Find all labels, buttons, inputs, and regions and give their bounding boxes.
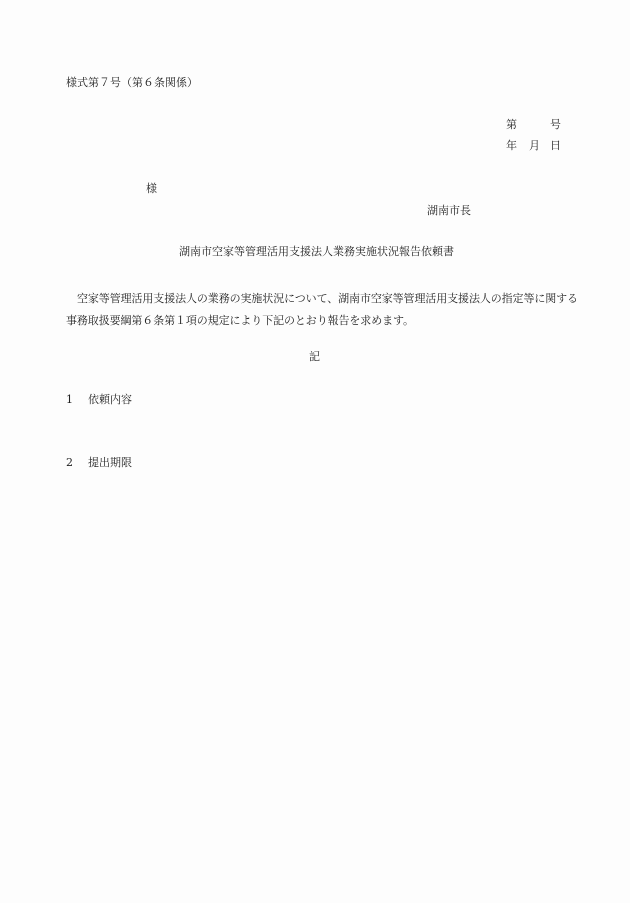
item-number: 1 [66,394,88,405]
item-number: 2 [66,457,88,468]
date-day: 日 [550,140,561,151]
list-item: 1依頼内容 [66,394,132,405]
ki-label: 記 [309,351,320,362]
addressee: 様 [146,183,157,194]
document-title: 湖南市空家等管理活用支援法人業務実施状況報告依頼書 [179,246,454,257]
list-item: 2提出期限 [66,457,132,468]
body-paragraph: 空家等管理活用支援法人の業務の実施状況について、湖南市空家等管理活用支援法人の指… [66,288,578,332]
form-number: 様式第７号（第６条関係） [66,77,198,88]
date-month: 月 [529,140,540,151]
sender: 湖南市長 [427,205,471,216]
date-year: 年 [506,140,517,151]
number-prefix: 第 [506,119,517,130]
item-label: 提出期限 [88,456,132,469]
item-label: 依頼内容 [88,393,132,406]
number-suffix: 号 [550,119,561,130]
